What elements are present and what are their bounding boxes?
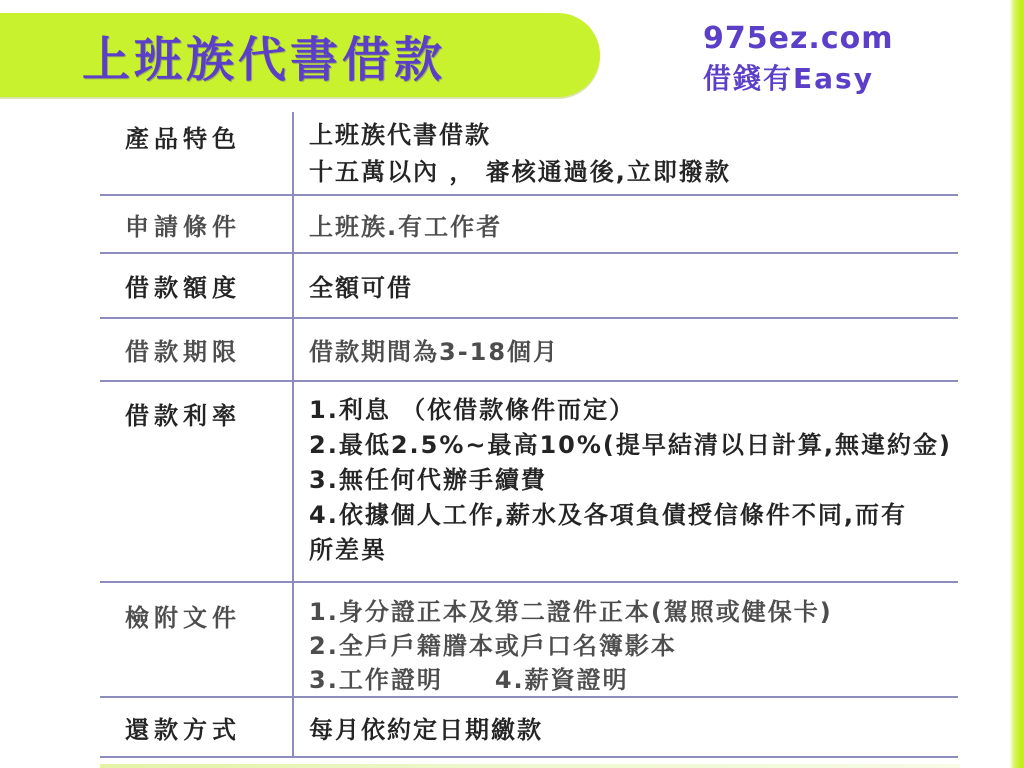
row-content: 上班族.有工作者 [292, 196, 958, 252]
bottom-banner-edge [100, 764, 960, 768]
content-line: 2.全戶戶籍謄本或戶口名簿影本 [309, 629, 958, 663]
content-line: 3.無任何代辦手續費 [309, 463, 958, 498]
page-title: 上班族代書借款 [0, 21, 446, 90]
table-row-required-documents: 檢附文件 1.身分證正本及第二證件正本(駕照或健保卡) 2.全戶戶籍謄本或戶口名… [100, 583, 958, 698]
row-label: 產品特色 [100, 112, 292, 194]
content-line: 上班族代書借款 [309, 117, 958, 154]
row-content: 全額可借 [292, 254, 958, 317]
row-content: 每月依約定日期繳款 [292, 698, 958, 756]
brand-block: 975ez.com 借錢有Easy [703, 22, 893, 96]
table-row-repayment-method: 還款方式 每月依約定日期繳款 [100, 698, 958, 758]
content-line: 1.身分證正本及第二證件正本(駕照或健保卡) [309, 595, 958, 629]
content-line: 1.利息 （依借款條件而定） [309, 393, 958, 428]
table-row-product-features: 產品特色 上班族代書借款 十五萬以內 ， 審核通過後,立即撥款 [100, 112, 958, 196]
right-edge-strip [1010, 0, 1024, 768]
content-line: 所差異 [309, 533, 958, 568]
row-label: 檢附文件 [100, 583, 292, 696]
table-row-loan-amount: 借款額度 全額可借 [100, 254, 958, 319]
table-row-loan-term: 借款期限 借款期間為3-18個月 [100, 319, 958, 382]
loan-info-table: 產品特色 上班族代書借款 十五萬以內 ， 審核通過後,立即撥款 申請條件 上班族… [100, 112, 958, 758]
brand-url[interactable]: 975ez.com [703, 22, 893, 56]
row-label: 申請條件 [100, 196, 292, 252]
row-label: 還款方式 [100, 698, 292, 756]
row-content: 借款期間為3-18個月 [292, 319, 958, 380]
row-label: 借款利率 [100, 382, 292, 581]
content-line: 2.最低2.5%~最高10%(提早結清以日計算,無違約金) [309, 428, 958, 463]
page: 上班族代書借款 975ez.com 借錢有Easy 產品特色 上班族代書借款 十… [0, 0, 1024, 768]
table-row-interest-rate: 借款利率 1.利息 （依借款條件而定） 2.最低2.5%~最高10%(提早結清以… [100, 382, 958, 583]
content-line: 每月依約定日期繳款 [309, 710, 958, 745]
row-label: 借款期限 [100, 319, 292, 380]
header-banner: 上班族代書借款 [0, 13, 600, 97]
row-content: 上班族代書借款 十五萬以內 ， 審核通過後,立即撥款 [292, 112, 958, 194]
content-line: 4.依據個人工作,薪水及各項負債授信條件不同,而有 [309, 498, 958, 533]
table-row-apply-conditions: 申請條件 上班族.有工作者 [100, 196, 958, 254]
content-line: 全額可借 [309, 268, 958, 303]
row-label: 借款額度 [100, 254, 292, 317]
content-line: 借款期間為3-18個月 [309, 332, 958, 367]
content-line: 3.工作證明 4.薪資證明 [309, 663, 958, 697]
brand-slogan: 借錢有Easy [703, 62, 893, 96]
content-line: 上班族.有工作者 [309, 207, 958, 242]
row-content: 1.利息 （依借款條件而定） 2.最低2.5%~最高10%(提早結清以日計算,無… [292, 382, 958, 581]
row-content: 1.身分證正本及第二證件正本(駕照或健保卡) 2.全戶戶籍謄本或戶口名簿影本 3… [292, 583, 958, 696]
content-line: 十五萬以內 ， 審核通過後,立即撥款 [309, 154, 958, 191]
